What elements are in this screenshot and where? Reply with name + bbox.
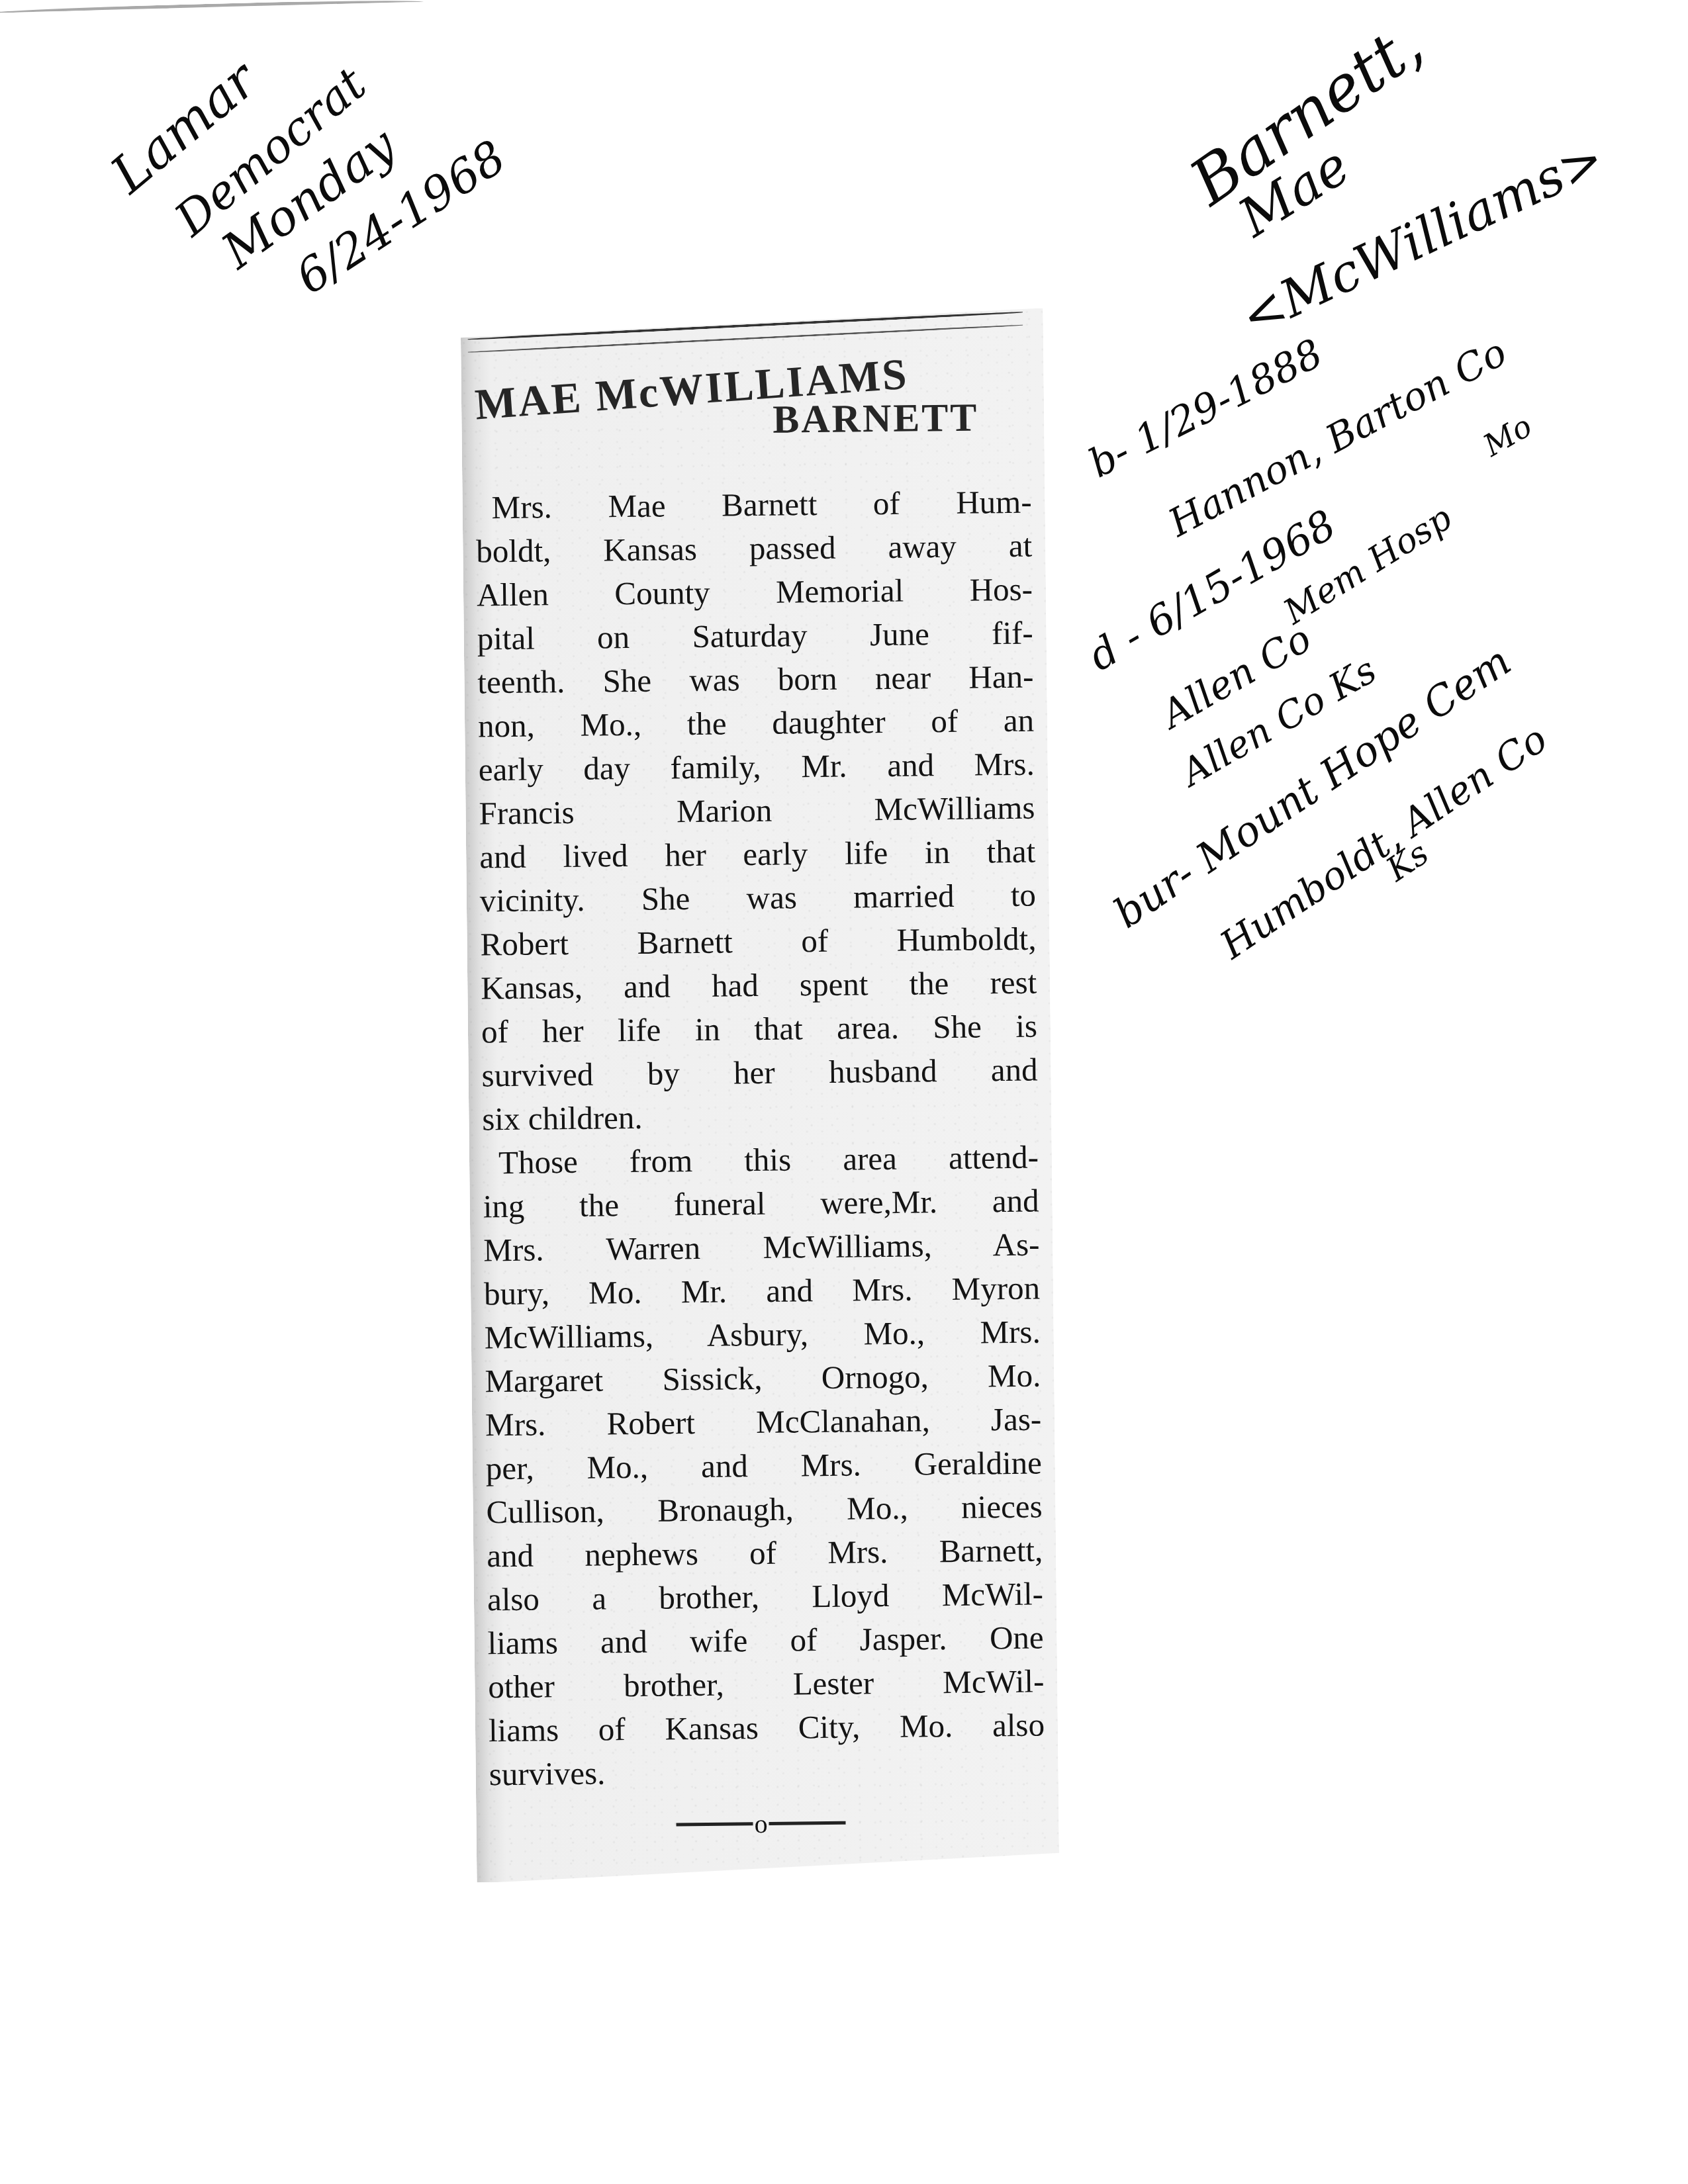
newspaper-clipping: MAE McWILLIAMS BARNETT Mrs. Mae Barnett … bbox=[461, 308, 1060, 1882]
text-line: and nephews of Mrs. Barnett, bbox=[487, 1529, 1043, 1578]
end-mark: o bbox=[675, 1813, 847, 1835]
note-birth-place: Hannon, Barton Co bbox=[1161, 330, 1514, 545]
text-line: Robert Barnett of Humboldt, bbox=[480, 917, 1037, 967]
text-line: ing the funeral were,Mr. and bbox=[483, 1179, 1039, 1229]
text-line: other brother, Lester McWil- bbox=[488, 1660, 1045, 1709]
text-line: liams and wife of Jasper. One bbox=[487, 1616, 1044, 1666]
text-line: boldt, Kansas passed away at bbox=[476, 524, 1033, 574]
text-line: Cullison, Bronaugh, Mo., nieces bbox=[486, 1485, 1043, 1535]
text-line: Mrs. Mae Barnett of Hum- bbox=[475, 480, 1032, 530]
text-line: Allen County Memorial Hos- bbox=[477, 568, 1033, 617]
text-line: pital on Saturday June fif- bbox=[477, 612, 1033, 661]
text-line: Mrs. Robert McClanahan, Jas- bbox=[485, 1398, 1042, 1447]
text-line: bury, Mo. Mr. and Mrs. Myron bbox=[484, 1267, 1041, 1316]
text-line: six children. bbox=[482, 1092, 1039, 1142]
text-line: early day family, Mr. and Mrs. bbox=[478, 743, 1035, 792]
scan-edge-line bbox=[0, 0, 424, 17]
text-line: non, Mo., the daughter of an bbox=[478, 699, 1035, 749]
header-rule bbox=[467, 311, 1023, 341]
text-line: Kansas, and had spent the rest bbox=[481, 961, 1037, 1011]
text-line: survived by her husband and bbox=[481, 1048, 1038, 1098]
text-line: survives. bbox=[489, 1747, 1045, 1797]
text-line: also a brother, Lloyd McWil- bbox=[487, 1572, 1044, 1622]
text-line: vicinity. She was married to bbox=[480, 874, 1037, 923]
text-line: per, Mo., and Mrs. Geraldine bbox=[486, 1441, 1043, 1491]
note-birth-state: Mo bbox=[1477, 408, 1538, 463]
text-line: of her life in that area. She is bbox=[481, 1005, 1038, 1054]
text-line: Mrs. Warren McWilliams, As- bbox=[483, 1223, 1040, 1273]
text-line: teenth. She was born near Han- bbox=[477, 655, 1034, 705]
text-line: Margaret Sissick, Ornogo, Mo. bbox=[485, 1354, 1041, 1404]
text-line: liams of Kansas City, Mo. also bbox=[489, 1704, 1045, 1753]
obituary-text: Mrs. Mae Barnett of Hum-boldt, Kansas pa… bbox=[475, 480, 1045, 1797]
text-line: and lived her early life in that bbox=[479, 830, 1036, 880]
text-line: Those from this area attend- bbox=[483, 1136, 1039, 1185]
headline-line-2: BARNETT bbox=[773, 394, 979, 442]
text-line: McWilliams, Asbury, Mo., Mrs. bbox=[484, 1310, 1041, 1360]
text-line: Francis Marion McWilliams bbox=[479, 786, 1035, 836]
header-rule bbox=[467, 324, 1023, 353]
end-mark-glyph: o bbox=[754, 1807, 767, 1839]
